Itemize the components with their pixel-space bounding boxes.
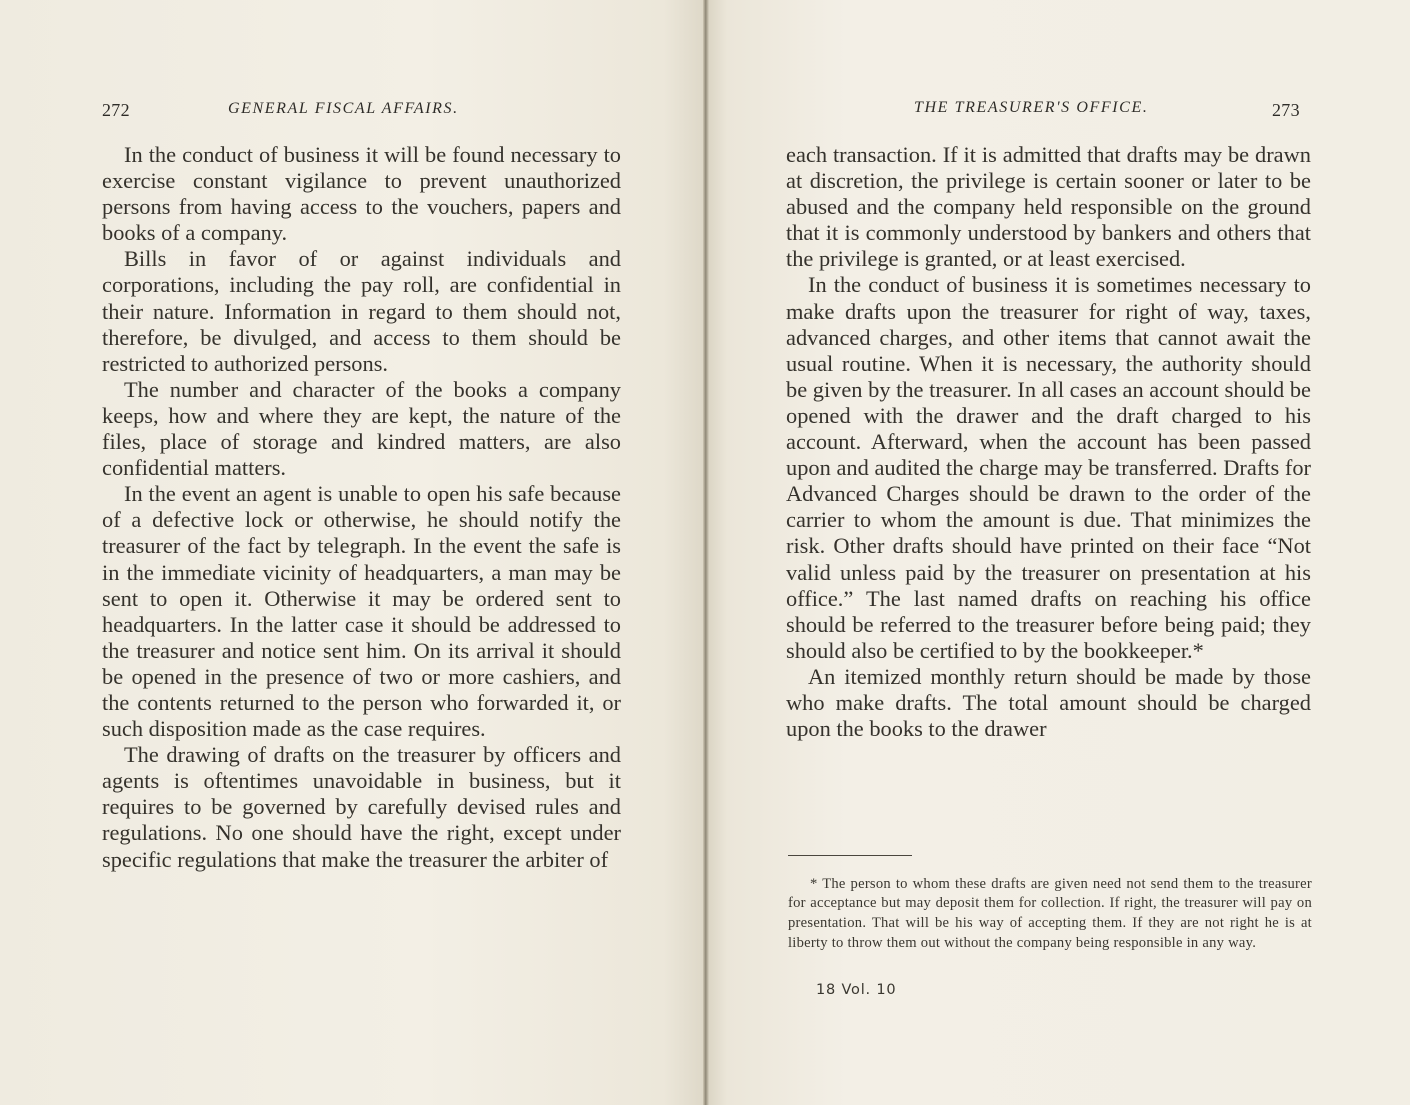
paragraph: In the event an agent is unable to open … xyxy=(102,481,621,742)
book-gutter xyxy=(703,0,709,1105)
paragraph: The drawing of drafts on the treasurer b… xyxy=(102,742,621,872)
left-page: 272 GENERAL FISCAL AFFAIRS. In the condu… xyxy=(0,0,706,1105)
book-spread: 272 GENERAL FISCAL AFFAIRS. In the condu… xyxy=(0,0,1410,1105)
paragraph: Bills in favor of or against individuals… xyxy=(102,246,621,376)
running-head-right: THE TREASURER'S OFFICE. xyxy=(914,99,1148,117)
footnote: * The person to whom these drafts are gi… xyxy=(788,875,1312,954)
footnote-divider xyxy=(788,855,912,856)
page-number-left: 272 xyxy=(102,100,130,121)
signature-mark: 18 Vol. 10 xyxy=(816,982,896,998)
left-page-body: In the conduct of business it will be fo… xyxy=(102,142,621,873)
right-page-body: each transaction. If it is admitted that… xyxy=(786,142,1311,742)
paragraph: In the conduct of business it will be fo… xyxy=(102,142,621,246)
paragraph: The number and character of the books a … xyxy=(102,377,621,481)
paragraph: In the conduct of business it is sometim… xyxy=(786,272,1311,663)
paragraph: An itemized monthly return should be mad… xyxy=(786,664,1311,742)
paragraph: each transaction. If it is admitted that… xyxy=(786,142,1311,272)
page-number-right: 273 xyxy=(1272,100,1300,121)
running-head-left: GENERAL FISCAL AFFAIRS. xyxy=(228,100,459,118)
